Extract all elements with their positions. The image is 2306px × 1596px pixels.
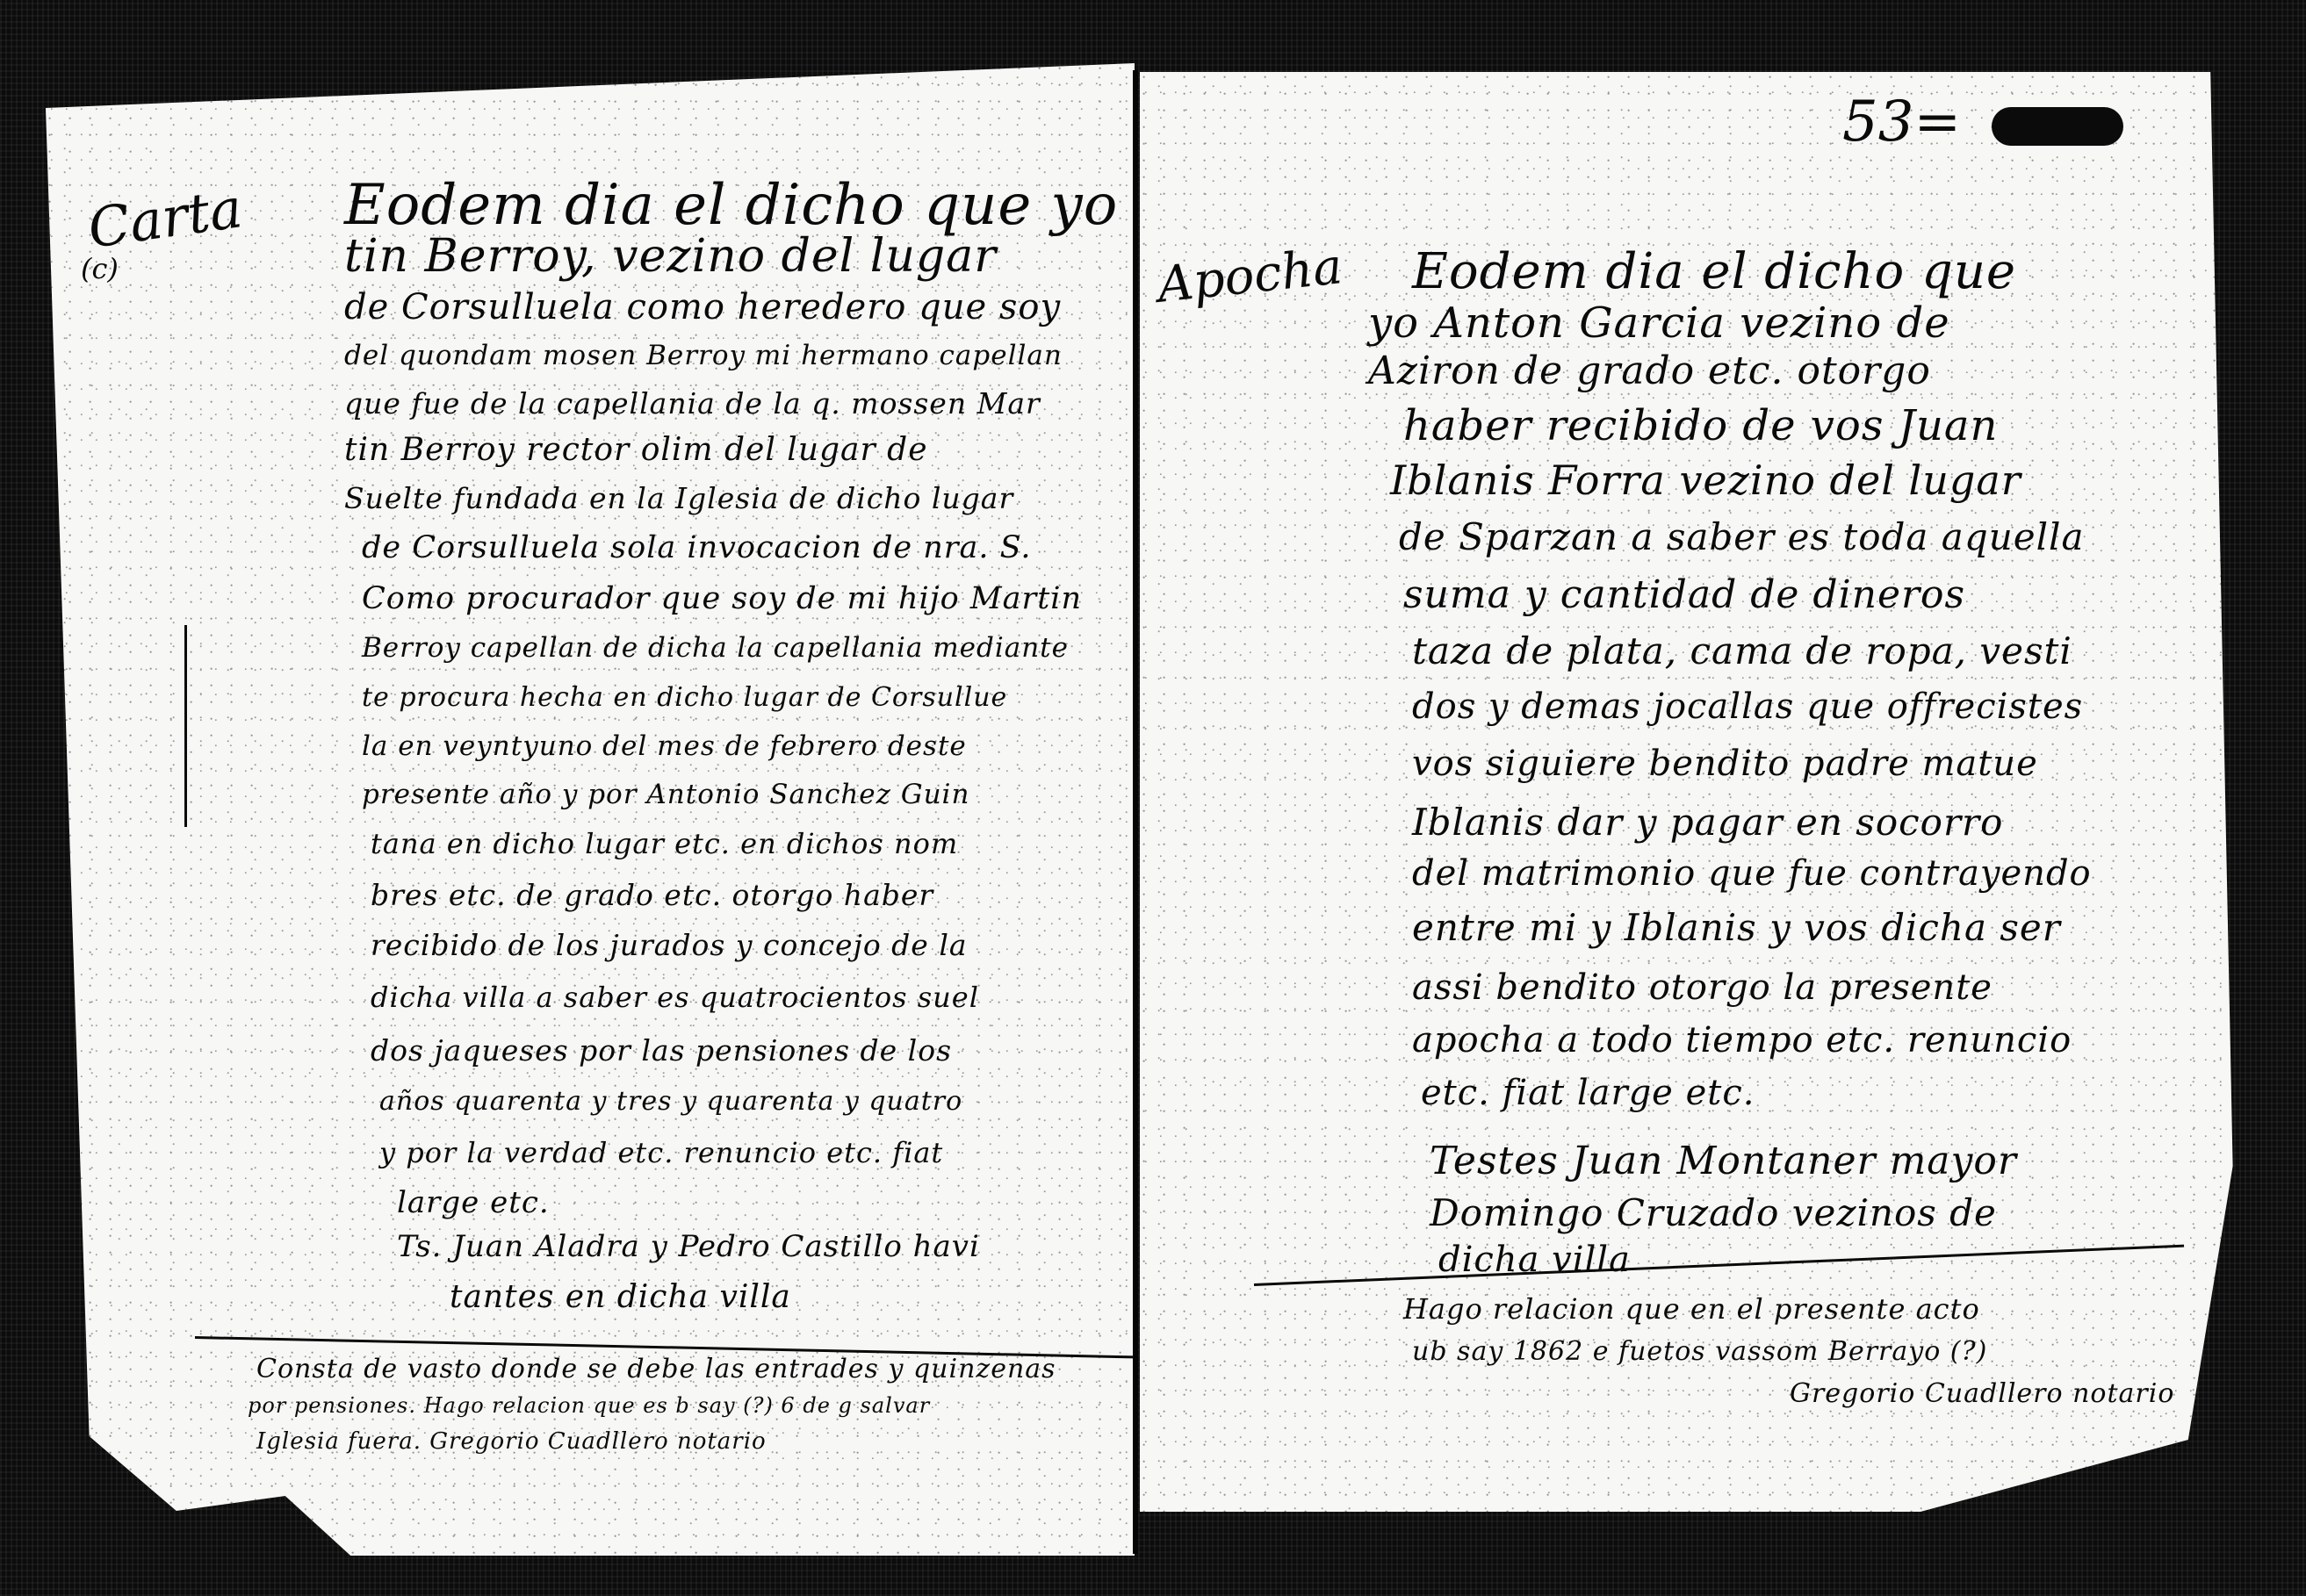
text-line: recibido de los jurados y concejo de la (371, 928, 968, 962)
footnote-line: Iglesia fuera. Gregorio Cuadllero notari… (256, 1428, 767, 1455)
text-line: la en veyntyuno del mes de febrero deste (362, 730, 967, 762)
text-line: apocha a todo tiempo etc. renuncio (1412, 1020, 2072, 1060)
text-line: suma y cantidad de dineros (1403, 572, 1965, 617)
text-line: que fue de la capellania de la q. mossen… (344, 386, 1041, 421)
text-line: del matrimonio que fue contrayendo (1412, 853, 2092, 894)
footnote-line: Consta de vasto donde se debe las entrad… (256, 1354, 1056, 1384)
book-spine (1133, 70, 1138, 1554)
text-line: bres etc. de grado etc. otorgo haber (371, 878, 933, 912)
text-line: Domingo Cruzado vezinos de (1430, 1191, 1997, 1234)
text-line: assi bendito otorgo la presente (1412, 967, 1993, 1008)
text-line: de Corsulluela sola invocacion de nra. S… (362, 530, 1031, 565)
text-line: large etc. (397, 1185, 550, 1220)
text-line: dicha villa a saber es quatrocientos sue… (371, 981, 979, 1014)
text-line: tana en dicho lugar etc. en dichos nom (371, 827, 958, 860)
right-margin-note: Apocha (1155, 238, 1344, 314)
text-line: etc. fiat large etc. (1421, 1073, 1755, 1113)
text-line: tin Berroy rector olim del lugar de (344, 432, 928, 468)
text-line: Iblanis Forra vezino del lugar (1390, 457, 2021, 504)
text-line: Eodem dia el dicho que yo Mar (344, 173, 1135, 238)
left-margin-note: Carta (84, 176, 246, 261)
footnote-line: Gregorio Cuadllero notario (1790, 1378, 2174, 1409)
text-line: vos siguiere bendito padre matue (1412, 744, 2038, 784)
text-line: Como procurador que soy de mi hijo Marti… (362, 581, 1082, 616)
text-line: de Sparzan a saber es toda aquella (1399, 515, 2085, 558)
text-line: Eodem dia el dicho que (1412, 243, 2016, 300)
text-line: dos jaqueses por las pensiones de los (371, 1033, 952, 1068)
text-line: del quondam mosen Berroy mi hermano cape… (344, 340, 1063, 371)
text-line: y por la verdad etc. renuncio etc. fiat (379, 1136, 943, 1169)
folio-number: 53= (1842, 90, 1961, 155)
footnote-line: por pensiones. Hago relacion que es b sa… (248, 1393, 930, 1418)
text-line: tantes en dicha villa (450, 1279, 791, 1315)
margin-bracket (184, 625, 187, 827)
text-line: años quarenta y tres y quarenta y quatro (379, 1086, 962, 1117)
right-page: 53= Apocha Eodem dia el dicho que yo Ant… (1140, 72, 2255, 1512)
text-line: entre mi y Iblanis y vos dicha ser (1412, 906, 2061, 949)
text-line: te procura hecha en dicho lugar de Corsu… (362, 682, 1007, 713)
text-line: de Corsulluela como heredero que soy (344, 287, 1061, 327)
text-line: yo Anton Garcia vezino de (1368, 298, 1950, 348)
text-line: Iblanis dar y pagar en socorro (1412, 801, 2003, 844)
text-line: Suelte fundada en la Iglesia de dicho lu… (344, 481, 1013, 515)
text-line: Aziron de grado etc. otorgo (1368, 349, 1931, 393)
text-line: haber recibido de vos Juan (1403, 401, 1998, 450)
text-line: Berroy capellan de dicha la capellania m… (362, 632, 1069, 664)
text-line: presente año y por Antonio Sanchez Guin (362, 779, 969, 810)
footnote-line: Hago relacion que en el presente acto (1403, 1292, 1980, 1326)
footnote-line: ub say 1862 e fuetos vassom Berrayo (?) (1412, 1336, 1987, 1367)
text-line: tin Berroy, vezino del lugar (344, 230, 997, 283)
separator-rule (1254, 1245, 2184, 1286)
crossed-out-folio (1992, 107, 2123, 146)
text-line: Testes Juan Montaner mayor (1430, 1139, 2017, 1183)
text-line: Ts. Juan Aladra y Pedro Castillo havi (397, 1229, 980, 1264)
text-line: dos y demas jocallas que offrecistes (1412, 687, 2083, 727)
left-margin-mark: (c) (81, 252, 119, 285)
left-page: Carta (c) Eodem dia el dicho que yo Mar … (46, 63, 1135, 1556)
text-line: taza de plata, cama de ropa, vesti (1412, 629, 2072, 672)
